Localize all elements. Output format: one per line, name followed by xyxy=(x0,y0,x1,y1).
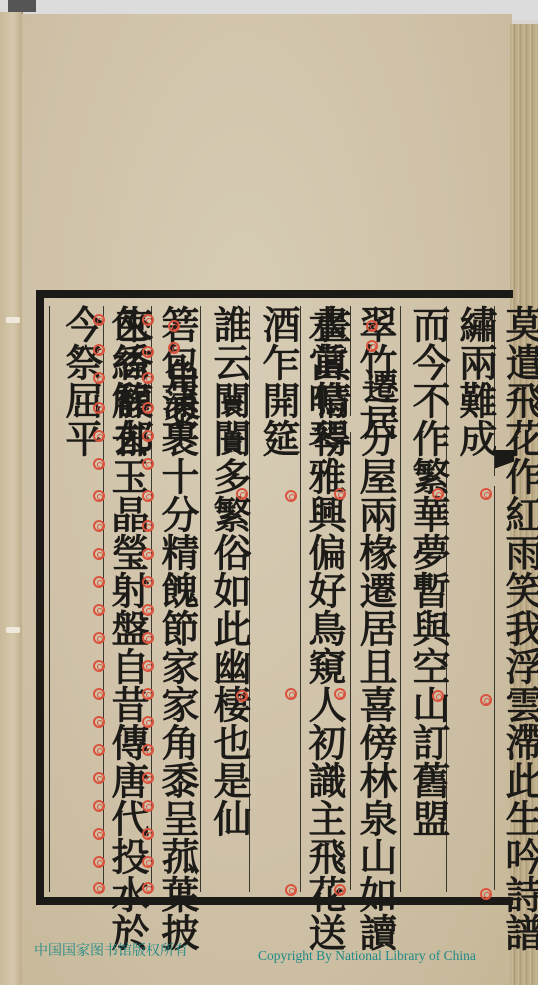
red-circle-mark xyxy=(93,716,105,728)
red-circle-mark xyxy=(142,772,154,784)
red-circle-mark xyxy=(93,800,105,812)
red-circle-mark xyxy=(93,772,105,784)
text-column-2: 而今不作繁華夢暫與空山訂舊盟 xyxy=(405,305,451,837)
facing-page-edge xyxy=(0,12,23,985)
red-circle-mark xyxy=(142,430,154,442)
watermark-chinese: 中国国家图书馆版权所有 xyxy=(34,940,188,960)
red-circle-mark xyxy=(142,548,154,560)
red-circle-mark xyxy=(285,688,297,700)
red-circle-mark xyxy=(93,688,105,700)
red-circle-mark xyxy=(93,490,105,502)
red-circle-mark xyxy=(142,372,154,384)
title-circle-mark xyxy=(366,320,378,332)
red-circle-mark xyxy=(334,884,346,896)
red-circle-mark xyxy=(93,430,105,442)
title-circle-mark xyxy=(168,320,180,332)
red-circle-mark xyxy=(93,882,105,894)
red-circle-mark xyxy=(334,688,346,700)
red-circle-mark xyxy=(93,660,105,672)
red-circle-mark xyxy=(285,884,297,896)
red-circle-mark xyxy=(480,694,492,706)
watermark-english: Copyright By National Library of China xyxy=(258,948,476,964)
red-circle-mark xyxy=(93,372,105,384)
red-circle-mark xyxy=(142,632,154,644)
red-circle-mark xyxy=(142,458,154,470)
red-circle-mark xyxy=(93,856,105,868)
red-circle-mark xyxy=(142,856,154,868)
red-circle-mark xyxy=(142,688,154,700)
text-column-6: 誰云闤闠多繁俗如此幽棲也是仙 xyxy=(206,305,252,837)
red-circle-mark xyxy=(142,716,154,728)
scanner-clip xyxy=(8,0,36,12)
red-circle-mark xyxy=(93,458,105,470)
red-circle-mark xyxy=(334,488,346,500)
red-circle-mark xyxy=(93,632,105,644)
red-circle-mark xyxy=(93,548,105,560)
red-circle-mark xyxy=(142,744,154,756)
red-circle-mark xyxy=(142,402,154,414)
red-circle-mark xyxy=(236,690,248,702)
red-circle-mark xyxy=(142,576,154,588)
red-circle-mark xyxy=(480,488,492,500)
title-circle-mark xyxy=(366,340,378,352)
red-circle-mark xyxy=(142,604,154,616)
red-circle-mark xyxy=(93,576,105,588)
red-circle-mark xyxy=(142,828,154,840)
red-circle-mark xyxy=(285,490,297,502)
frame-inner-rule xyxy=(49,306,50,892)
red-circle-mark xyxy=(432,690,444,702)
text-column-1: 莫遣飛花作紅雨笑我浮雲滯此生吟詩譜繡兩難成 xyxy=(452,305,538,985)
title-circle-mark xyxy=(168,342,180,354)
red-circle-mark xyxy=(93,344,105,356)
red-circle-mark xyxy=(93,314,105,326)
red-circle-mark xyxy=(142,314,154,326)
red-circle-mark xyxy=(93,402,105,414)
red-circle-mark xyxy=(480,888,492,900)
red-circle-mark xyxy=(236,488,248,500)
red-circle-mark xyxy=(142,490,154,502)
red-circle-mark xyxy=(142,882,154,894)
red-circle-mark xyxy=(93,744,105,756)
binding-stitch xyxy=(6,317,20,323)
red-circle-mark xyxy=(142,660,154,672)
binding-stitch xyxy=(6,627,20,633)
red-circle-mark xyxy=(93,520,105,532)
red-circle-mark xyxy=(142,800,154,812)
red-circle-mark xyxy=(142,346,154,358)
red-circle-mark xyxy=(432,488,444,500)
red-circle-mark xyxy=(142,520,154,532)
red-circle-mark xyxy=(93,828,105,840)
red-circle-mark xyxy=(93,604,105,616)
text-column-5: 水當鳴琴雅興偏好鳥窺人初識主飛花送酒乍開筵 xyxy=(255,305,347,985)
